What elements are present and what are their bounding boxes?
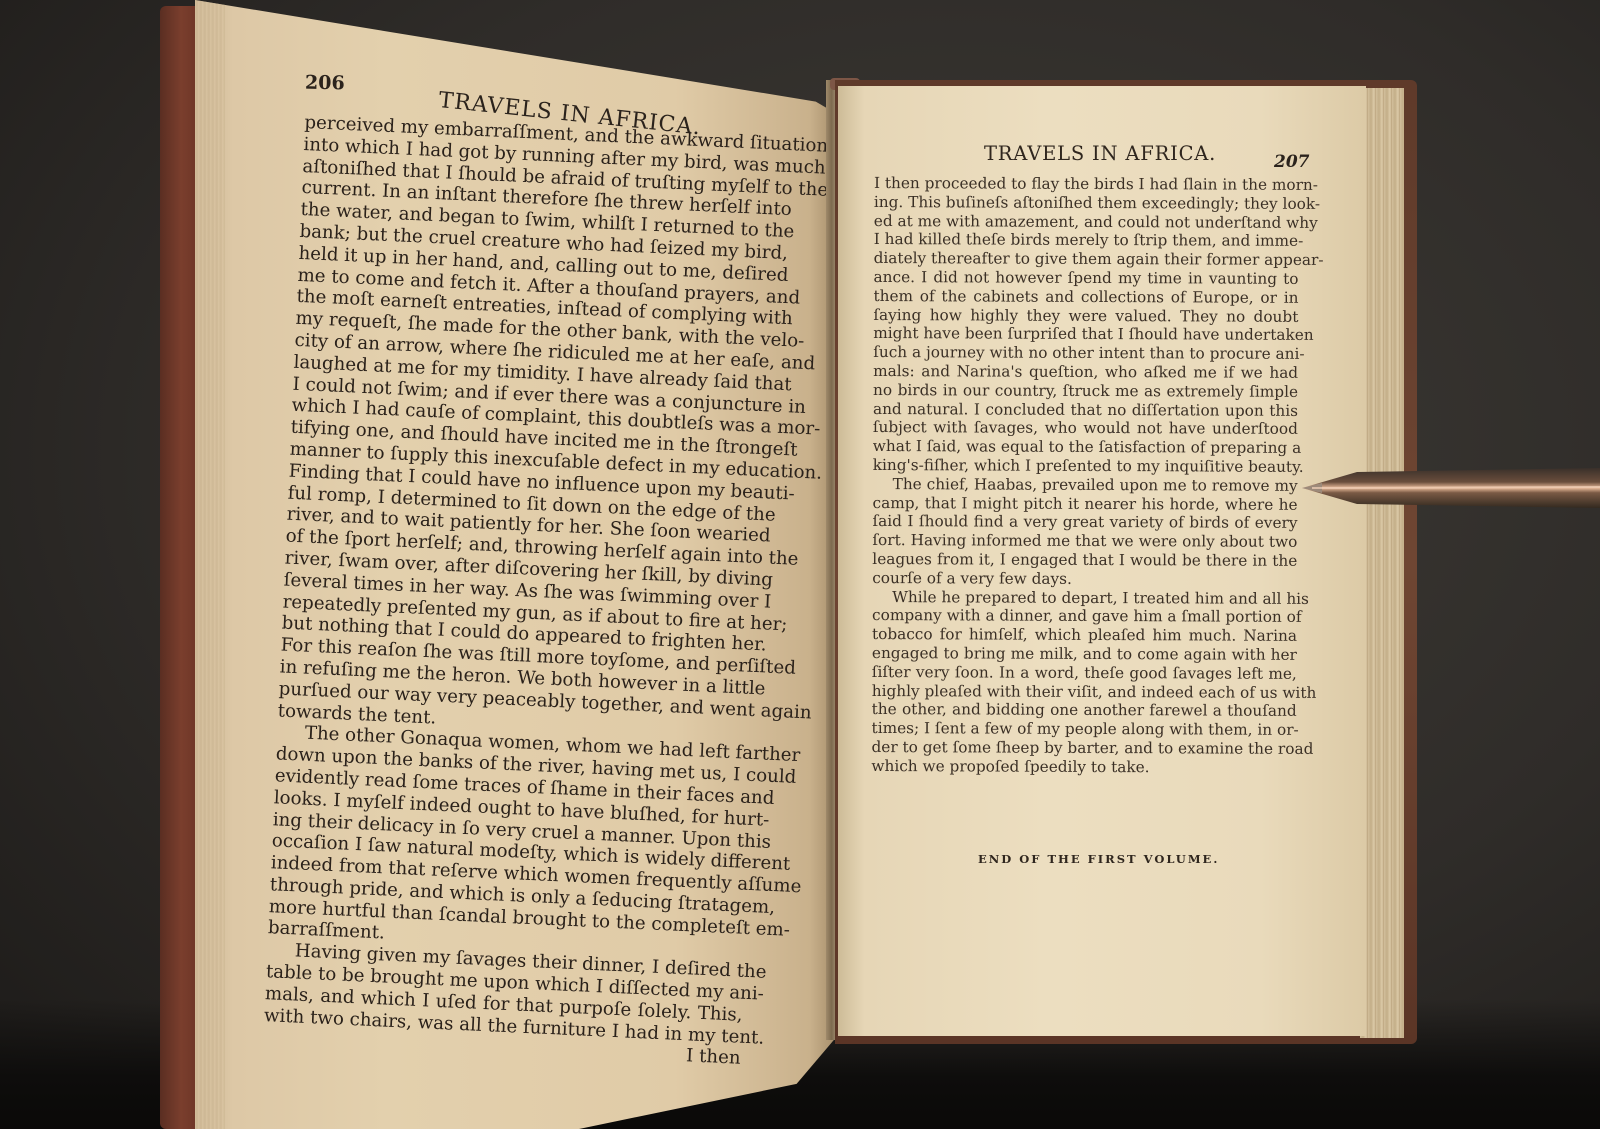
left-page-number: 206 (305, 72, 345, 95)
text-line: no birds in our country, ſtruck me as ex… (873, 381, 1298, 402)
text-line: the other, and bidding one another farew… (872, 700, 1297, 721)
text-line: ſaid I ſhould find a very great variety … (872, 512, 1297, 533)
text-line: ſuch a journey with no other intent than… (873, 343, 1298, 364)
text-line: them of the cabinets and collections of … (873, 287, 1298, 308)
text-line: tobacco for himſelf, which pleaſed him m… (872, 625, 1297, 646)
text-line: ing. This buſineſs aſtoniſhed them excee… (874, 193, 1299, 214)
left-page: 206 TRAVELS IN AFRICA. perceived my emba… (195, 0, 835, 1129)
text-line: highly pleaſed with their viſit, and ind… (872, 682, 1297, 703)
text-line: might have been ſurpriſed that I ſhould … (873, 324, 1298, 345)
text-line: der to get ſome ſheep by barter, and to … (871, 738, 1296, 759)
text-line: company with a dinner, and gave him a ſm… (872, 606, 1297, 627)
text-line: leagues from it, I engaged that I would … (872, 550, 1297, 571)
left-page-edges (195, 0, 225, 1129)
text-line: engaged to bring me milk, and to come ag… (872, 644, 1297, 665)
text-line: ſort. Having informed me that we were on… (872, 531, 1297, 552)
pencil-pointer-icon (1302, 462, 1600, 514)
text-line: ſubject with ſavages, who would not have… (873, 418, 1298, 439)
text-line: what I ſaid, was equal to the ſatisfacti… (873, 437, 1298, 458)
text-line: mals: and Narina's queſtion, who aſked m… (873, 362, 1298, 383)
text-line: and natural. I concluded that no diſſert… (873, 400, 1298, 421)
right-running-head: TRAVELS IN AFRICA. (984, 142, 1216, 165)
right-page: TRAVELS IN AFRICA. 207 I then proceeded … (838, 86, 1366, 1036)
end-of-volume-note: END OF THE FIRST VOLUME. (978, 852, 1219, 866)
text-line: king's-fiſher, which I preſented to my i… (873, 456, 1298, 477)
right-page-body: I then proceeded to flay the birds I had… (871, 174, 1299, 777)
text-line: diately thereafter to give them again th… (874, 249, 1299, 270)
right-page-edges (1360, 88, 1404, 1038)
text-line: courſe of a very few days. (872, 569, 1297, 590)
text-line: ance. I did not however ſpend my time in… (874, 268, 1299, 289)
text-line: ed at me with amazement, and could not u… (874, 212, 1299, 233)
text-line: The chief, Haabas, prevailed upon me to … (873, 475, 1298, 496)
text-line: I had killed theſe birds merely to ſtrip… (874, 230, 1299, 251)
text-line: which we propoſed ſpeedily to take. (871, 757, 1296, 778)
text-line: times; I ſent a few of my people along w… (872, 719, 1297, 740)
left-page-body: perceived my embarraſſment, and the awkw… (262, 112, 782, 1070)
text-line: camp, that I might pitch it nearer his h… (873, 494, 1298, 515)
right-page-number: 207 (1274, 152, 1310, 172)
text-line: ſaying how highly they were valued. They… (873, 306, 1298, 327)
text-line: While he prepared to depart, I treated h… (872, 588, 1297, 609)
text-line: ſiſter very ſoon. In a word, theſe good … (872, 663, 1297, 684)
text-line: I then proceeded to flay the birds I had… (874, 174, 1299, 195)
